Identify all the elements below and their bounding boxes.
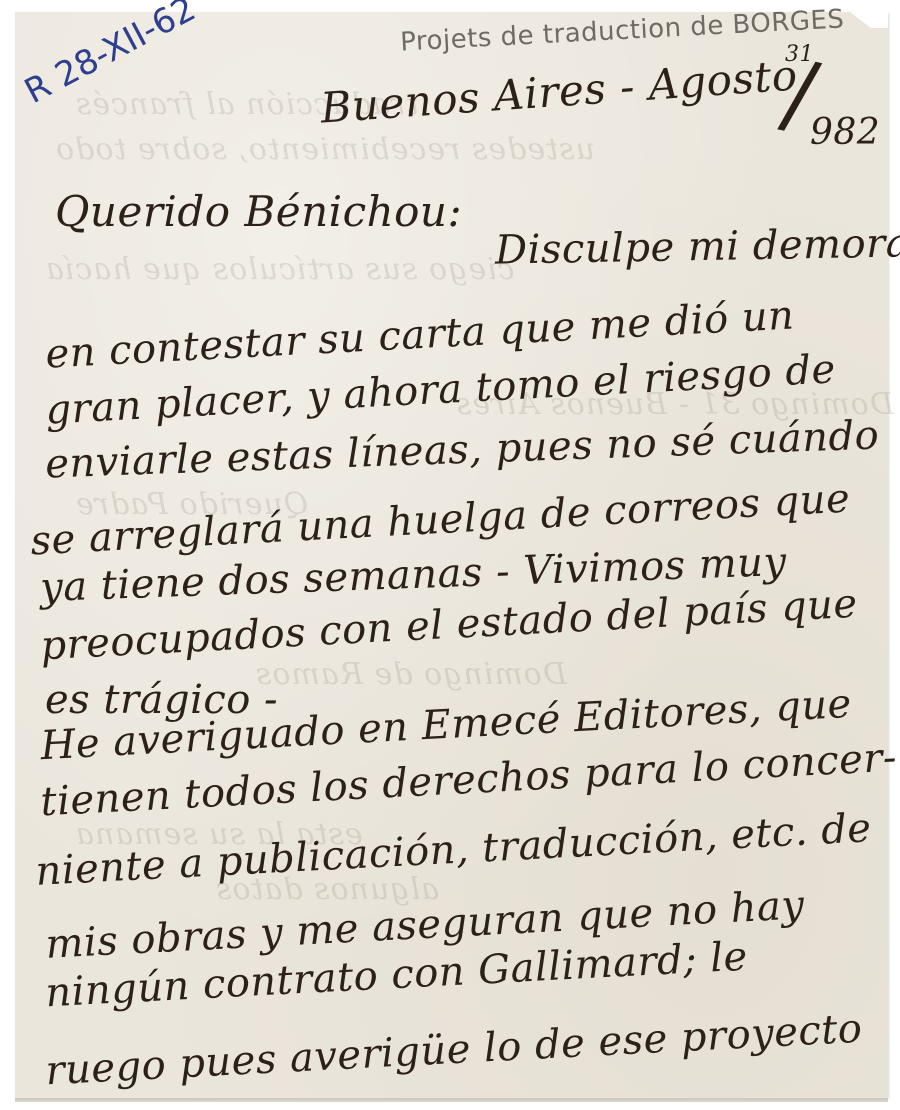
bleed-through-text: Domingo de Ramos: [255, 657, 567, 692]
date-year: 982: [810, 112, 880, 153]
torn-corner: [850, 12, 888, 28]
salutation: Querido Bénichou:: [55, 187, 462, 236]
pencil-header: Projets de traduction de BORGES: [400, 4, 846, 57]
body-line: ruego pues averigüe lo de ese proyecto: [44, 1006, 863, 1095]
letter-page: traducción al francés ustedes recebimien…: [15, 12, 888, 1098]
bleed-through-text: ustedes recebimiento, sobre todo: [55, 132, 595, 167]
place-date: Buenos Aires - Agosto: [319, 50, 799, 132]
body-line: Disculpe mi demora: [495, 220, 900, 273]
bleed-through-text: ciego sus artículos que hacía: [45, 252, 515, 287]
